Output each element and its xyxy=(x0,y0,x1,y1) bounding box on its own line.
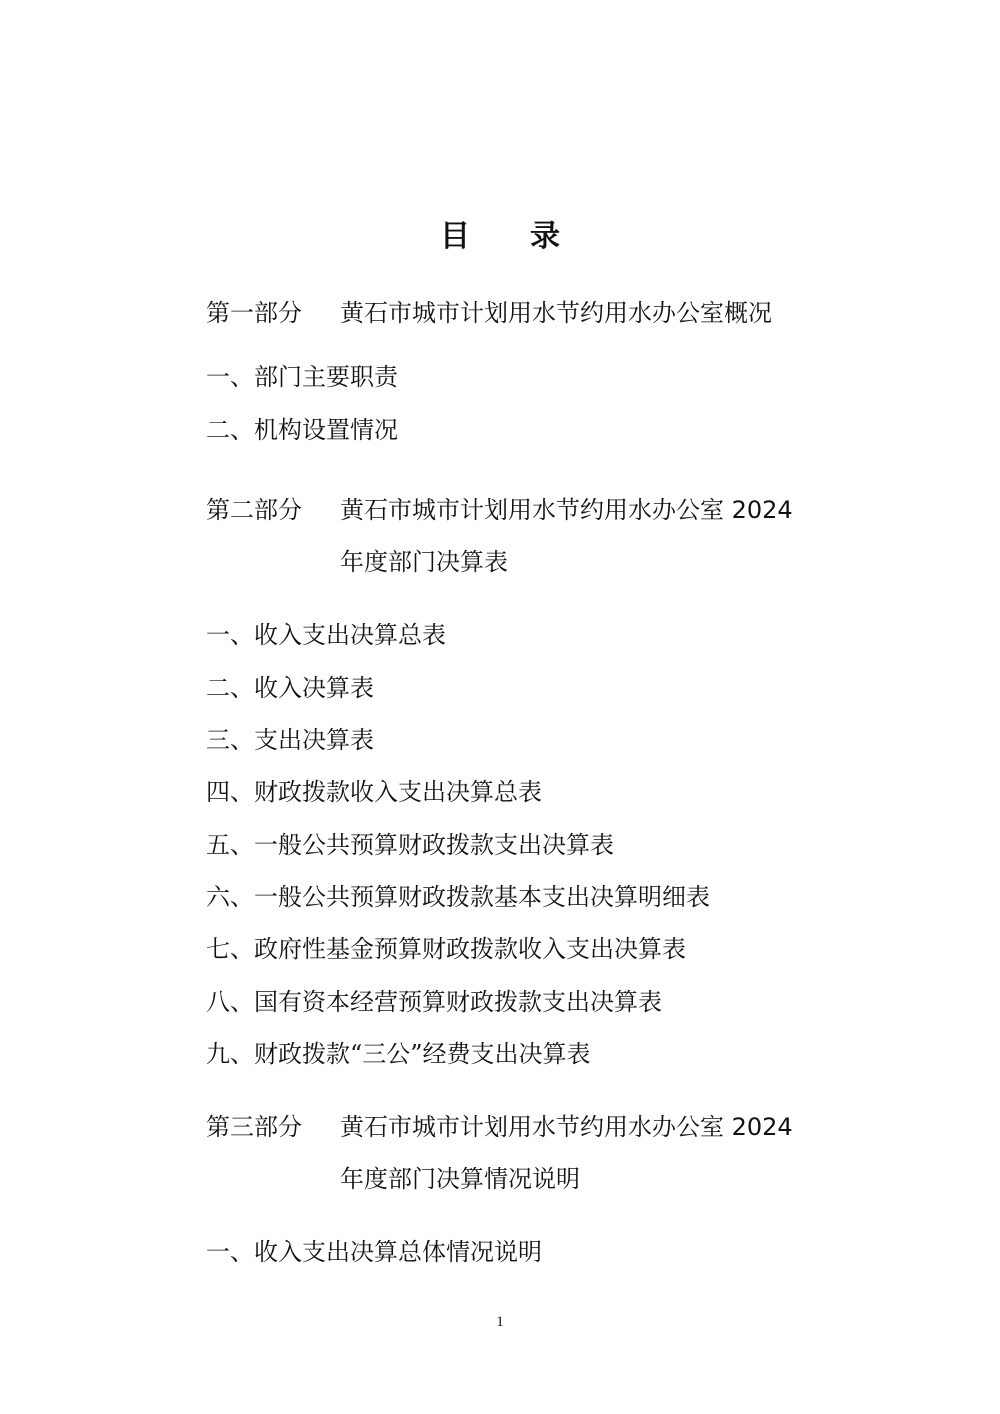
toc-item[interactable]: 七、政府性基金预算财政拨款收入支出决算表 xyxy=(206,934,686,964)
part-label: 第三部分 xyxy=(206,1101,340,1153)
document-page: 目录 第一部分黄石市城市计划用水节约用水办公室概况 一、部门主要职责 二、机构设… xyxy=(0,0,1000,1414)
part-label: 第一部分 xyxy=(206,287,340,339)
toc-part-2-heading[interactable]: 第二部分黄石市城市计划用水节约用水办公室 2024 年度部门决算表 xyxy=(206,484,793,588)
page-number: 1 xyxy=(0,1312,1000,1332)
toc-title-char-1: 目 xyxy=(440,217,470,257)
toc-item[interactable]: 六、一般公共预算财政拨款基本支出决算明细表 xyxy=(206,882,710,912)
part-label: 第二部分 xyxy=(206,484,340,536)
toc-title: 目录 xyxy=(0,217,1000,257)
part-title-continued: 年度部门决算情况说明 xyxy=(206,1153,793,1205)
part-title-continued: 年度部门决算表 xyxy=(206,536,793,588)
toc-item[interactable]: 一、部门主要职责 xyxy=(206,362,398,392)
toc-item[interactable]: 二、收入决算表 xyxy=(206,673,374,703)
toc-item[interactable]: 八、国有资本经营预算财政拨款支出决算表 xyxy=(206,987,662,1017)
toc-item[interactable]: 四、财政拨款收入支出决算总表 xyxy=(206,777,542,807)
part-title: 黄石市城市计划用水节约用水办公室概况 xyxy=(340,299,772,327)
part-title: 黄石市城市计划用水节约用水办公室 2024 xyxy=(340,496,793,524)
toc-part-1-heading[interactable]: 第一部分黄石市城市计划用水节约用水办公室概况 xyxy=(206,287,772,339)
toc-item[interactable]: 五、一般公共预算财政拨款支出决算表 xyxy=(206,830,614,860)
toc-item[interactable]: 一、收入支出决算总表 xyxy=(206,620,446,650)
toc-item[interactable]: 三、支出决算表 xyxy=(206,725,374,755)
toc-item[interactable]: 一、收入支出决算总体情况说明 xyxy=(206,1237,542,1267)
toc-part-3-heading[interactable]: 第三部分黄石市城市计划用水节约用水办公室 2024 年度部门决算情况说明 xyxy=(206,1101,793,1205)
toc-item[interactable]: 二、机构设置情况 xyxy=(206,415,398,445)
part-title: 黄石市城市计划用水节约用水办公室 2024 xyxy=(340,1113,793,1141)
toc-item[interactable]: 九、财政拨款“三公”经费支出决算表 xyxy=(206,1039,591,1069)
toc-title-char-2: 录 xyxy=(530,217,560,257)
